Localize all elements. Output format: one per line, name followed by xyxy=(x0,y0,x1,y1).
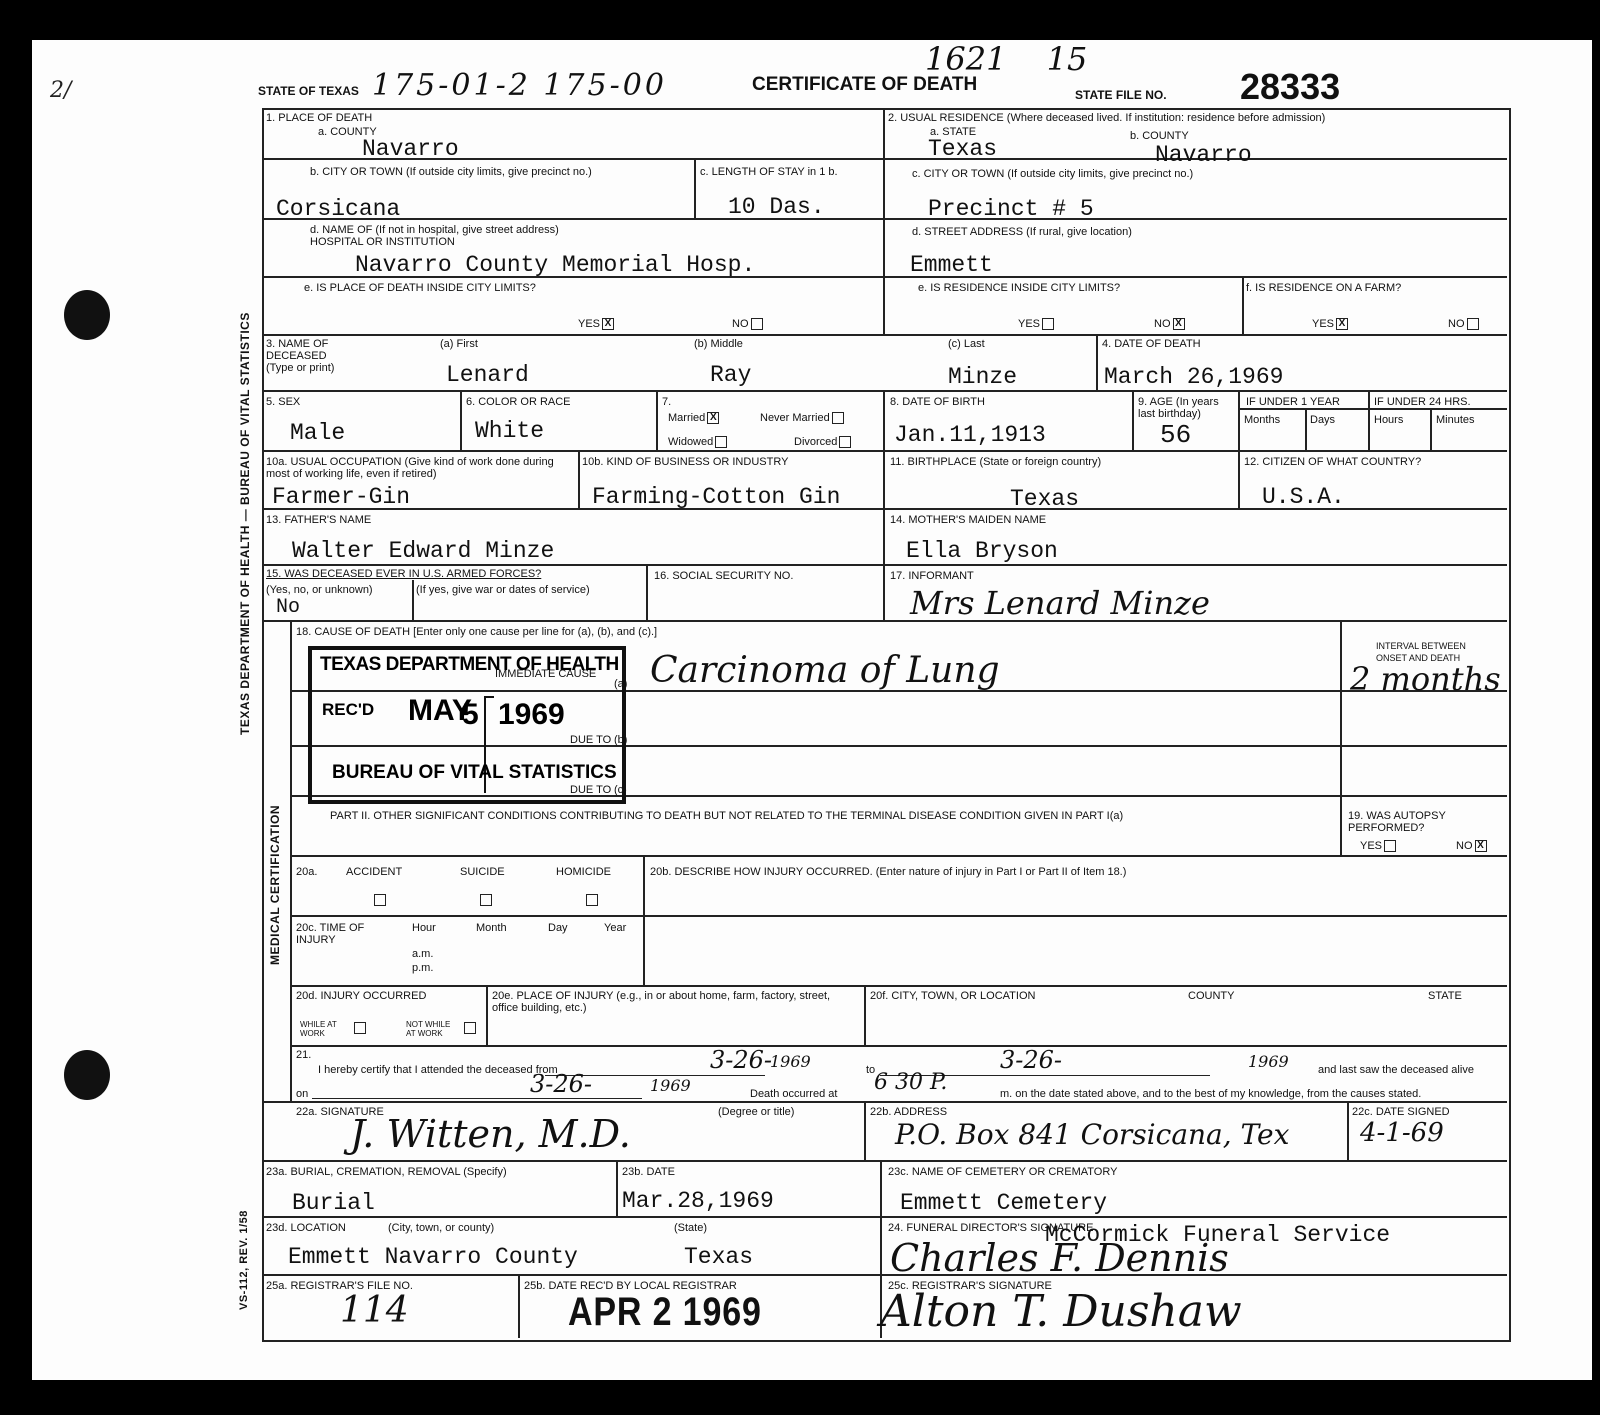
race-label: 6. COLOR OR RACE xyxy=(466,396,571,408)
burial-date-label: 23b. DATE xyxy=(622,1166,675,1178)
farm-yes[interactable]: YESX xyxy=(1312,318,1348,330)
autopsy-no[interactable]: NOX xyxy=(1456,840,1487,852)
citizen-label: 12. CITIZEN OF WHAT COUNTRY? xyxy=(1244,456,1421,468)
months-label: Months xyxy=(1244,414,1280,426)
funeral-director-signature: Charles F. Dennis xyxy=(890,1236,1229,1280)
describe-injury-label: 20b. DESCRIBE HOW INJURY OCCURRED. (Ente… xyxy=(650,866,1126,878)
autopsy-yes[interactable]: YES xyxy=(1360,840,1396,852)
father-label: 13. FATHER'S NAME xyxy=(266,514,371,526)
attended-to-year: 1969 xyxy=(1248,1052,1289,1071)
punch-hole xyxy=(64,1050,110,1100)
place-of-injury-label: 20e. PLACE OF INJURY (e.g., in or about … xyxy=(492,990,857,1014)
disposition: Burial xyxy=(292,1190,375,1216)
day-label: Day xyxy=(548,922,568,934)
ssn-label: 16. SOCIAL SECURITY NO. xyxy=(654,570,793,582)
last-seen-year: 1969 xyxy=(650,1076,691,1095)
date-of-death: March 26,1969 xyxy=(1104,364,1283,390)
injury-city-label: 20f. CITY, TOWN, OR LOCATION xyxy=(870,990,1035,1002)
registrar-signature: Alton T. Dushaw xyxy=(880,1286,1242,1337)
state-file-label: STATE FILE NO. xyxy=(1075,88,1167,102)
informant-signature: Mrs Lenard Minze xyxy=(910,584,1210,622)
physician-signature: J. Witten, M.D. xyxy=(350,1112,631,1156)
marital-label: 7. xyxy=(662,396,671,408)
occupation: Farmer-Gin xyxy=(272,484,410,510)
occupation-label: 10a. USUAL OCCUPATION (Give kind of work… xyxy=(266,456,576,480)
cemetery-label: 23c. NAME OF CEMETERY OR CREMATORY xyxy=(888,1166,1117,1178)
on-label: on xyxy=(296,1088,308,1100)
registrar-file-number: 114 xyxy=(340,1290,409,1331)
while-at-work-label: WHILE AT WORK xyxy=(300,1020,344,1038)
degree-label: (Degree or title) xyxy=(718,1106,794,1118)
burial-date: Mar.28,1969 xyxy=(622,1188,774,1214)
form-revision: VS-112, REV. 1/58 xyxy=(238,1210,250,1310)
res-county-label: b. COUNTY xyxy=(1130,130,1189,142)
length-of-stay-label: c. LENGTH OF STAY in 1 b. xyxy=(700,166,850,178)
birthplace-label: 11. BIRTHPLACE (State or foreign country… xyxy=(890,456,1101,468)
location-city-label: (City, town, or county) xyxy=(388,1222,494,1234)
handwritten-top-number: 1621 15 xyxy=(925,40,1087,78)
cause-a: Carcinoma of Lung xyxy=(650,650,1000,691)
sex: Male xyxy=(290,420,345,446)
certify-text-2: and last saw the deceased alive xyxy=(1318,1064,1474,1076)
hospital-label: d. NAME OF (If not in hospital, give str… xyxy=(310,224,610,248)
suicide-checkbox[interactable] xyxy=(478,894,492,906)
length-of-stay: 10 Das. xyxy=(728,194,825,220)
res-county: Navarro xyxy=(1155,142,1252,168)
hospital-name: Navarro County Memorial Hosp. xyxy=(355,252,755,278)
marital-married[interactable]: MarriedX xyxy=(668,412,719,424)
res-city: Precinct # 5 xyxy=(928,196,1094,222)
hour-label: Hour xyxy=(412,922,436,934)
corner-mark: 2/ xyxy=(50,78,71,103)
marital-divorced[interactable]: Divorced xyxy=(794,436,851,448)
res-state: Texas xyxy=(928,136,997,162)
res-inside-limits-label: e. IS RESIDENCE INSIDE CITY LIMITS? xyxy=(918,282,1120,294)
stamp-year: 1969 xyxy=(498,698,565,732)
minutes-label: Minutes xyxy=(1436,414,1475,426)
race: White xyxy=(475,418,544,444)
location-state-label: (State) xyxy=(674,1222,707,1234)
cemetery: Emmett Cemetery xyxy=(900,1190,1107,1216)
farm-label: f. IS RESIDENCE ON A FARM? xyxy=(1246,282,1401,294)
am-label: a.m. xyxy=(412,948,433,960)
state-label: STATE OF TEXAS xyxy=(258,84,359,98)
birthplace: Texas xyxy=(1010,486,1079,512)
father-name: Walter Edward Minze xyxy=(292,538,554,564)
res-inside-limits-no[interactable]: NOX xyxy=(1154,318,1185,330)
date-signed: 4-1-69 xyxy=(1360,1118,1444,1148)
death-inside-limits-no[interactable]: NO xyxy=(732,318,763,330)
mother-maiden-name: Ella Bryson xyxy=(906,538,1058,564)
armed-forces: No xyxy=(276,596,300,619)
year-label: Year xyxy=(604,922,626,934)
last-name-label: (c) Last xyxy=(948,338,985,350)
while-at-work-checkbox[interactable] xyxy=(352,1022,366,1034)
pm-label: p.m. xyxy=(412,962,433,974)
first-name-label: (a) First xyxy=(440,338,478,350)
certify-text-1: I hereby certify that I attended the dec… xyxy=(318,1064,558,1076)
suicide-label: SUICIDE xyxy=(460,866,505,878)
marital-never-married[interactable]: Never Married xyxy=(760,412,844,424)
not-while-at-work-label: NOT WHILE AT WORK xyxy=(406,1020,456,1038)
last-seen-date: 3-26- xyxy=(530,1070,592,1098)
dob-label: 8. DATE OF BIRTH xyxy=(890,396,985,408)
disposition-label: 23a. BURIAL, CREMATION, REMOVAL (Specify… xyxy=(266,1166,507,1178)
stamp-day: 5 xyxy=(462,698,479,732)
punch-hole xyxy=(64,290,110,340)
res-inside-limits-yes[interactable]: YES xyxy=(1018,318,1054,330)
inside-limits-label: e. IS PLACE OF DEATH INSIDE CITY LIMITS? xyxy=(304,282,536,294)
cause-of-death-label: 18. CAUSE OF DEATH [Enter only one cause… xyxy=(296,626,657,638)
stamp-recd: REC'D xyxy=(322,700,374,720)
injury-occurred-label: 20d. INJURY OCCURRED xyxy=(296,990,426,1002)
handwritten-control-number: 175-01-2 175-00 xyxy=(372,68,667,103)
state-file-number: 28333 xyxy=(1240,66,1340,108)
armed-sub-label-2: (If yes, give war or dates of service) xyxy=(416,584,590,596)
accident-checkbox[interactable] xyxy=(372,894,386,906)
certify-text-3: m. on the date stated above, and to the … xyxy=(1000,1088,1421,1100)
homicide-checkbox[interactable] xyxy=(584,894,598,906)
death-county: Navarro xyxy=(362,136,459,162)
side-department-text: TEXAS DEPARTMENT OF HEALTH — BUREAU OF V… xyxy=(238,312,252,735)
marital-widowed[interactable]: Widowed xyxy=(668,436,727,448)
middle-name-label: (b) Middle xyxy=(694,338,743,350)
homicide-label: HOMICIDE xyxy=(556,866,611,878)
date-received: APR 2 1969 xyxy=(568,1290,762,1335)
middle-name: Ray xyxy=(710,362,751,388)
not-while-at-work-checkbox[interactable] xyxy=(462,1022,476,1034)
place-of-death-label: 1. PLACE OF DEATH xyxy=(266,112,372,124)
date-of-death-label: 4. DATE OF DEATH xyxy=(1102,338,1201,350)
certification-number: 21. xyxy=(296,1049,311,1061)
month-label: Month xyxy=(476,922,507,934)
under-24-hrs-label: IF UNDER 24 HRS. xyxy=(1374,396,1471,408)
armed-forces-label: 15. WAS DECEASED EVER IN U.S. ARMED FORC… xyxy=(266,568,541,580)
date-signed-label: 22c. DATE SIGNED xyxy=(1352,1106,1450,1118)
injury-county-label: COUNTY xyxy=(1188,990,1234,1002)
citizenship: U.S.A. xyxy=(1262,484,1345,510)
industry-label: 10b. KIND OF BUSINESS OR INDUSTRY xyxy=(582,456,788,468)
informant-label: 17. INFORMANT xyxy=(890,570,974,582)
address-label: 22b. ADDRESS xyxy=(870,1106,947,1118)
accident-label: ACCIDENT xyxy=(346,866,402,878)
death-occurred-label: Death occurred at xyxy=(750,1088,837,1100)
res-city-label: c. CITY OR TOWN (If outside city limits,… xyxy=(912,168,1193,180)
death-inside-limits-yes[interactable]: YESX xyxy=(578,318,614,330)
autopsy-label: 19. WAS AUTOPSY PERFORMED? xyxy=(1348,810,1498,834)
sex-label: 5. SEX xyxy=(266,396,300,408)
part-2-label: PART II. OTHER SIGNIFICANT CONDITIONS CO… xyxy=(330,810,1330,822)
days-label: Days xyxy=(1310,414,1335,426)
armed-sub-label-1: (Yes, no, or unknown) xyxy=(266,584,373,596)
stamp-bureau: BUREAU OF VITAL STATISTICS xyxy=(332,762,617,784)
age: 56 xyxy=(1160,420,1191,450)
time-of-injury-label: 20c. TIME OF INJURY xyxy=(296,922,366,946)
physician-address: P.O. Box 841 Corsicana, Tex xyxy=(895,1118,1289,1151)
res-street: Emmett xyxy=(910,252,993,278)
burial-location-city: Emmett Navarro County xyxy=(288,1244,578,1270)
res-street-label: d. STREET ADDRESS (If rural, give locati… xyxy=(912,226,1132,238)
injury-type-label: 20a. xyxy=(296,866,317,878)
age-label: 9. AGE (In years last birthday) xyxy=(1138,396,1236,420)
location-label: 23d. LOCATION xyxy=(266,1222,346,1234)
attended-from-date: 3-26- xyxy=(710,1046,772,1074)
last-name: Minze xyxy=(948,364,1017,390)
death-city: Corsicana xyxy=(276,196,400,222)
first-name: Lenard xyxy=(446,362,529,388)
received-stamp: TEXAS DEPARTMENT OF HEALTH REC'D MAY 5 1… xyxy=(308,646,626,804)
hours-label: Hours xyxy=(1374,414,1403,426)
attended-from-year: 1969 xyxy=(770,1052,811,1071)
stamp-department: TEXAS DEPARTMENT OF HEALTH xyxy=(320,654,619,676)
industry: Farming-Cotton Gin xyxy=(592,484,840,510)
burial-location-state: Texas xyxy=(684,1244,753,1270)
farm-no[interactable]: NO xyxy=(1448,318,1479,330)
interval: 2 months xyxy=(1350,660,1501,698)
under-1-year-label: IF UNDER 1 YEAR xyxy=(1246,396,1340,408)
city-label: b. CITY OR TOWN (If outside city limits,… xyxy=(310,166,592,178)
attended-to-date: 3-26- xyxy=(1000,1046,1062,1074)
mother-label: 14. MOTHER'S MAIDEN NAME xyxy=(890,514,1046,526)
name-label: 3. NAME OF DECEASED (Type or print) xyxy=(266,338,356,374)
usual-residence-label: 2. USUAL RESIDENCE (Where deceased lived… xyxy=(888,112,1325,124)
injury-state-label: STATE xyxy=(1428,990,1462,1002)
death-time: 6 30 P. xyxy=(874,1070,947,1095)
date-of-birth: Jan.11,1913 xyxy=(894,422,1046,448)
